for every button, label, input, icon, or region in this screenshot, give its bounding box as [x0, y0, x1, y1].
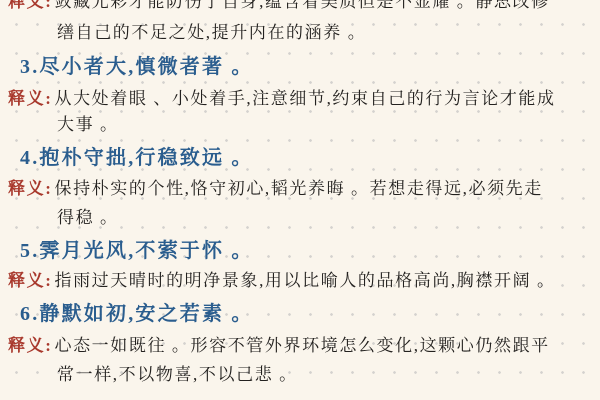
definition-text: 保持朴实的个性,恪守初心,韬光养晦 。若想走得远,必须先走 [54, 179, 542, 198]
shiyi-label: 释义: [8, 89, 52, 108]
shiyi-label: 释义: [8, 0, 52, 11]
phrase-heading-5: 5.霁月光风,不萦于怀 。 [20, 239, 254, 263]
shiyi-label: 释义: [8, 271, 52, 290]
definition-text: 得稳 。 [57, 208, 119, 227]
definition-line: 释义:心态一如既往 。形容不管外界环境怎么变化,这颗心仍然跟平 [8, 335, 550, 357]
definition-line: 大事 。 [57, 114, 119, 136]
document-page: { "colors": { "background": "#faf5ec", "… [0, 0, 600, 400]
definition-line: 得稳 。 [57, 207, 119, 229]
shiyi-label: 释义: [8, 179, 52, 198]
definition-text: 常一样,不以物喜,不以己悲 。 [57, 365, 298, 384]
phrase-heading-6: 6.静默如初,安之若素 。 [20, 302, 254, 326]
phrase-heading-4: 4.抱朴守拙,行稳致远 。 [20, 146, 254, 170]
definition-line: 释义:从大处着眼 、小处着手,注意细节,约束自己的行为言论才能成 [8, 88, 556, 110]
definition-text: 指雨过天晴时的明净景象,用以比喻人的品格高尚,胸襟开阔 。 [54, 271, 555, 290]
definition-line: 常一样,不以物喜,不以己悲 。 [57, 364, 298, 386]
definition-text: 大事 。 [57, 115, 119, 134]
definition-text: 心态一如既往 。形容不管外界环境怎么变化,这颗心仍然跟平 [54, 336, 549, 355]
definition-line: 释义:指雨过天晴时的明净景象,用以比喻人的品格高尚,胸襟开阔 。 [8, 270, 556, 292]
definition-line: 释义:敛藏光彩才能防伤于自身,蕴含着美质但是不显耀 。静思改修 [8, 0, 550, 13]
definition-text: 缮自己的不足之处,提升内在的涵养 。 [57, 23, 366, 42]
phrase-heading-3: 3.尽小者大,慎微者著 。 [20, 55, 254, 79]
definition-text: 从大处着眼 、小处着手,注意细节,约束自己的行为言论才能成 [54, 89, 555, 108]
shiyi-label: 释义: [8, 336, 52, 355]
definition-text: 敛藏光彩才能防伤于自身,蕴含着美质但是不显耀 。静思改修 [54, 0, 549, 11]
definition-line: 缮自己的不足之处,提升内在的涵养 。 [57, 22, 366, 44]
definition-line: 释义:保持朴实的个性,恪守初心,韬光养晦 。若想走得远,必须先走 [8, 178, 543, 200]
